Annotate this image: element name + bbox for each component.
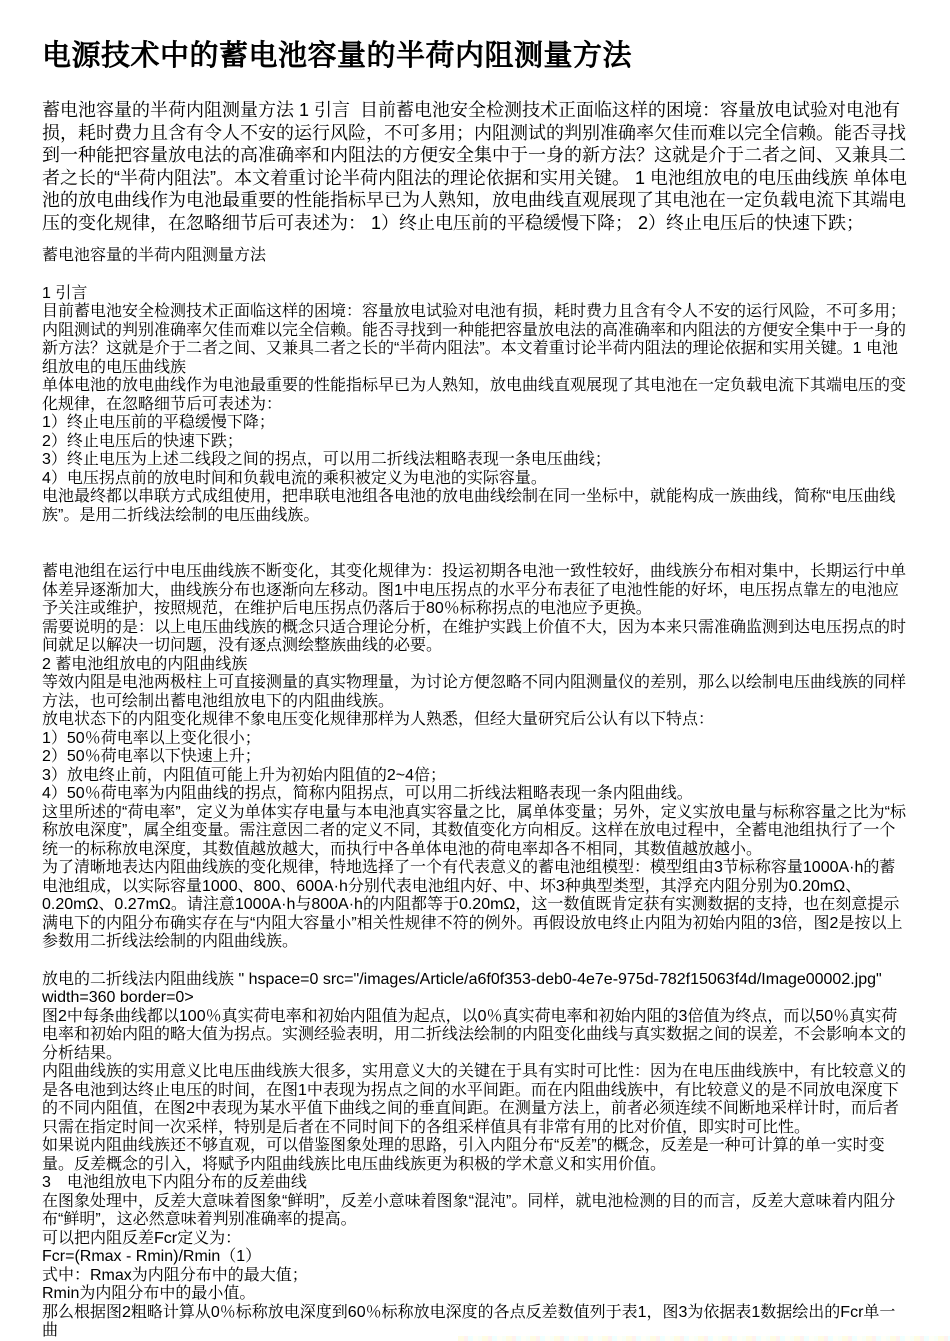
text-line: 需要说明的是：以上电压曲线族的概念只适合理论分析，在维护实践上价值不大，因为本来… [42, 619, 910, 656]
text-line: 4）电压拐点前的放电时间和负载电流的乘积被定义为电池的实际容量。 [42, 470, 910, 489]
text-line: 2）终止电压后的快速下跌； [42, 433, 910, 452]
text-line: 为了清晰地表达内阻曲线族的变化规律，特地选择了一个有代表意义的蓄电池组模型：模型… [42, 859, 910, 952]
text-line: 放电状态下的内阻变化规律不象电压变化规律那样为人熟悉，但经大量研究后公认有以下特… [42, 711, 910, 730]
article-body: 1 引言目前蓄电池安全检测技术正面临这样的困境：容量放电试验对电池有损，耗时费力… [42, 285, 910, 1341]
text-line: 1）50％荷电率以上变化很小； [42, 730, 910, 749]
text-line: 放电的二折线法内阻曲线族 " hspace=0 src="/images/Art… [42, 971, 910, 1008]
text-line: 1）终止电压前的平稳缓慢下降； [42, 414, 910, 433]
paragraph-block: 1 引言目前蓄电池安全检测技术正面临这样的困境：容量放电试验对电池有损，耗时费力… [42, 285, 910, 526]
text-line: 电池最终都以串联方式成组使用，把串联电池组各电池的放电曲线绘制在同一坐标中，就能… [42, 488, 910, 525]
text-line: 3）终止电压为上述二线段之间的拐点，可以用二折线法粗略表现一条电压曲线； [42, 451, 910, 470]
text-line: 如果说内阻曲线族还不够直观，可以借鉴图象处理的思路，引入内阻分布“反差”的概念，… [42, 1137, 910, 1174]
text-line: 目前蓄电池安全检测技术正面临这样的困境：容量放电试验对电池有损，耗时费力且含有令… [42, 303, 910, 377]
text-line: 在图象处理中，反差大意味着图象“鲜明”，反差小意味着图象“混沌”。同样，就电池检… [42, 1193, 910, 1230]
text-line: 2）50％荷电率以下快速上升； [42, 748, 910, 767]
lead-paragraph: 蓄电池容量的半荷内阻测量方法 1 引言 目前蓄电池安全检测技术正面临这样的困境：… [42, 99, 910, 234]
text-line: 3 电池组放电下内阻分布的反差曲线 [42, 1174, 910, 1193]
text-line: 图2中每条曲线都以100％真实荷电率和初始内阻值为起点，以0％真实荷电率和初始内… [42, 1008, 910, 1064]
text-line: 1 引言 [42, 285, 910, 304]
text-line: 式中：Rmax为内阻分布中的最大值； [42, 1267, 910, 1286]
text-line: 4）50％荷电率为内阻曲线的拐点，简称内阻拐点，可以用二折线法粗略表现一条内阻曲… [42, 785, 910, 804]
text-line: 内阻曲线族的实用意义比电压曲线族大很多，实用意义大的关键在于具有实时可比性：因为… [42, 1063, 910, 1137]
text-line: 3）放电终止前，内阻值可能上升为初始内阻值的2~4倍； [42, 767, 910, 786]
text-line: Rmin为内阻分布中的最小值。 [42, 1285, 910, 1304]
cropped-image-strip [458, 1336, 950, 1341]
text-line: 可以把内阻反差Fcr定义为： [42, 1230, 910, 1249]
article-page: 电源技术中的蓄电池容量的半荷内阻测量方法 蓄电池容量的半荷内阻测量方法 1 引言… [0, 0, 950, 1341]
text-line: Fcr=(Rmax - Rmin)/Rmin（1） [42, 1248, 910, 1267]
text-line: 2 蓄电池组放电的内阻曲线族 [42, 656, 910, 675]
article-subtitle: 蓄电池容量的半荷内阻测量方法 [42, 247, 910, 266]
text-line: 单体电池的放电曲线作为电池最重要的性能指标早已为人熟知，放电曲线直观展现了其电池… [42, 377, 910, 414]
text-line: 这里所述的“荷电率”，定义为单体实存电量与本电池真实容量之比，属单体变量；另外，… [42, 804, 910, 860]
article-content: 电源技术中的蓄电池容量的半荷内阻测量方法 蓄电池容量的半荷内阻测量方法 1 引言… [0, 40, 950, 1341]
paragraph-block: 蓄电池组在运行中电压曲线族不断变化，其变化规律为：投运初期各电池一致性较好，曲线… [42, 563, 910, 952]
paragraph-block: 放电的二折线法内阻曲线族 " hspace=0 src="/images/Art… [42, 971, 910, 1341]
text-line: 等效内阻是电池两极柱上可直接测量的真实物理量，为讨论方便忽略不同内阻测量仪的差别… [42, 674, 910, 711]
page-title: 电源技术中的蓄电池容量的半荷内阻测量方法 [42, 40, 910, 73]
text-line: 蓄电池组在运行中电压曲线族不断变化，其变化规律为：投运初期各电池一致性较好，曲线… [42, 563, 910, 619]
